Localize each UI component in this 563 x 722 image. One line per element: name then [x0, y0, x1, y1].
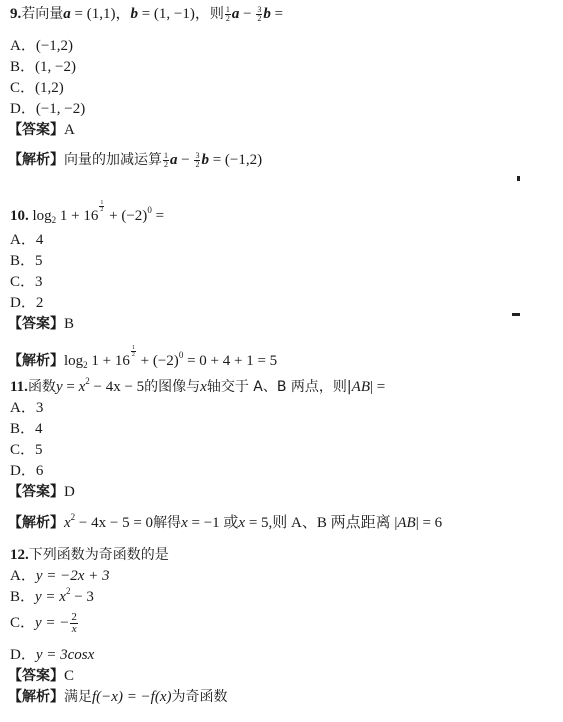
- option-d: D．y = 3cosx: [10, 645, 94, 665]
- option-b: B．5: [10, 251, 43, 271]
- question-number: 12.: [10, 547, 29, 563]
- question-9-stem: 9.若向量a = (1,1)，b = (1, −1)，则12a − 32b =: [10, 4, 283, 24]
- answer-value: D: [64, 484, 75, 500]
- question-12-stem: 12.下列函数为奇函数的是: [10, 545, 169, 565]
- answer-line: 【答案】D: [8, 482, 75, 502]
- analysis-line: 【解析】x2 − 4x − 5 = 0解得x = −1 或x = 5,则 A、B…: [8, 513, 442, 533]
- option-a: A．y = −2x + 3: [10, 566, 110, 586]
- option-c: C．3: [10, 272, 43, 292]
- question-10-stem: 10. log2 1 + 1612 + (−2)0 =: [10, 200, 164, 226]
- answer-line: 【答案】A: [8, 120, 75, 140]
- option-c: C．(1,2): [10, 78, 64, 98]
- answer-line: 【答案】B: [8, 314, 74, 334]
- option-c: C．y = −2x: [10, 612, 79, 635]
- question-11-stem: 11.函数y = x2 − 4x − 5的图像与x轴交于 A、B 两点，则|AB…: [10, 377, 385, 397]
- scan-artifact: [512, 313, 520, 316]
- scan-artifact: [517, 176, 520, 181]
- question-number: 10.: [10, 208, 29, 224]
- option-c: C．5: [10, 440, 43, 460]
- option-a: A．4: [10, 230, 43, 250]
- option-a: A．(−1,2): [10, 36, 73, 56]
- option-d: D．(−1, −2): [10, 99, 85, 119]
- answer-line: 【答案】C: [8, 666, 74, 686]
- answer-value: A: [64, 122, 75, 138]
- question-number: 9.: [10, 6, 21, 22]
- option-d: D．2: [10, 293, 43, 313]
- option-d: D．6: [10, 461, 43, 481]
- fraction: 12: [225, 6, 231, 23]
- option-a: A．3: [10, 398, 43, 418]
- analysis-line: 【解析】log2 1 + 1612 + (−2)0 = 0 + 4 + 1 = …: [8, 345, 277, 371]
- analysis-line: 【解析】满足f(−x) = −f(x)为奇函数: [8, 687, 228, 707]
- answer-value: B: [64, 316, 74, 332]
- option-b: B．4: [10, 419, 43, 439]
- fraction: 32: [256, 6, 262, 23]
- option-b: B．(1, −2): [10, 57, 76, 77]
- question-number: 11.: [10, 379, 28, 395]
- analysis-line: 【解析】向量的加减运算12a − 32b = (−1,2): [8, 150, 262, 170]
- option-b: B．y = x2 − 3: [10, 587, 94, 607]
- answer-value: C: [64, 668, 74, 684]
